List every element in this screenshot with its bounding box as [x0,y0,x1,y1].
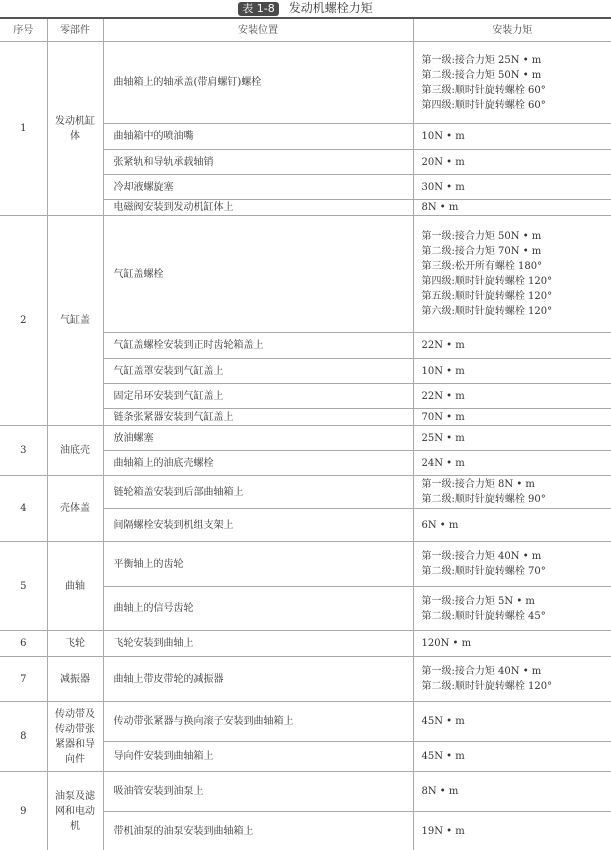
header-position: 安装位置 [103,18,413,42]
install-torque: 70N • m [413,409,611,426]
torque-line: 24N • m [422,456,604,471]
install-torque: 45N • m [413,702,611,742]
install-torque: 6N • m [413,509,611,542]
table-row: 2气缸盖气缸盖螺栓第一级:接合力矩 50N • m第二级:接合力矩 70N • … [0,216,611,333]
install-torque: 45N • m [413,742,611,772]
install-torque: 第一级:接合力矩 25N • m第二级:接合力矩 50N • m第三级:顺时针旋… [413,42,611,124]
part-name: 飞轮 [47,631,103,657]
table-number-badge: 表 1-8 [238,2,278,16]
install-position: 冷却液螺旋塞 [103,175,413,200]
torque-line: 第四级:顺时针旋转螺栓 120° [422,274,604,289]
table-title: 发动机螺栓力矩 [289,1,373,15]
install-torque: 22N • m [413,333,611,359]
table-row: 5曲轴平衡轴上的齿轮第一级:接合力矩 40N • m第二级:顺时针旋转螺栓 70… [0,542,611,587]
install-position: 曲轴上带皮带轮的减振器 [103,657,413,702]
part-name: 气缸盖 [47,216,103,426]
install-position: 链条张紧器安装到气缸盖上 [103,409,413,426]
install-torque: 第一级:接合力矩 50N • m第二级:接合力矩 70N • m第三级:松开所有… [413,216,611,333]
install-torque: 8N • m [413,200,611,216]
header-row: 序号 零部件 安装位置 安装力矩 [0,18,611,42]
install-position: 气缸盖螺栓安装到正时齿轮箱盖上 [103,333,413,359]
torque-line: 第二级:顺时针旋转螺栓 70° [422,564,604,579]
row-number: 5 [0,542,47,631]
install-position: 放油螺塞 [103,426,413,451]
install-torque: 8N • m [413,772,611,812]
part-name: 油底壳 [47,426,103,476]
part-name: 传动带及传动带张紧器和导向件 [47,702,103,772]
install-position: 曲轴箱中的喷油嘴 [103,124,413,150]
torque-line: 70N • m [422,410,604,425]
install-torque: 20N • m [413,150,611,175]
install-position: 曲轴箱上的油底壳螺栓 [103,451,413,476]
torque-line: 22N • m [422,338,604,353]
torque-line: 8N • m [422,200,604,215]
torque-line: 10N • m [422,364,604,379]
table-row: 3油底壳放油螺塞25N • m [0,426,611,451]
install-position: 飞轮安装到曲轴上 [103,631,413,657]
torque-line: 第一级:接合力矩 40N • m [422,549,604,564]
torque-line: 30N • m [422,180,604,195]
torque-line: 22N • m [422,389,604,404]
header-torque: 安装力矩 [413,18,611,42]
torque-line: 8N • m [422,784,604,799]
part-name: 油泵及滤网和电动机 [47,772,103,850]
install-position: 平衡轴上的齿轮 [103,542,413,587]
table-row: 7减振器曲轴上带皮带轮的减振器第一级:接合力矩 40N • m第二级:顺时针旋转… [0,657,611,702]
install-position: 链轮箱盖安装到后部曲轴箱上 [103,476,413,509]
install-position: 间隔螺栓安装到机组支架上 [103,509,413,542]
torque-line: 10N • m [422,129,604,144]
install-torque: 10N • m [413,359,611,384]
torque-line: 20N • m [422,155,604,170]
row-number: 7 [0,657,47,702]
install-position: 固定吊环安装到气缸盖上 [103,384,413,409]
table-row: 9油泵及滤网和电动机吸油管安装到油泵上8N • m [0,772,611,812]
install-position: 气缸盖罩安装到气缸盖上 [103,359,413,384]
torque-line: 25N • m [422,431,604,446]
torque-line: 第一级:接合力矩 8N • m [422,477,604,492]
torque-line: 第二级:接合力矩 70N • m [422,244,604,259]
bolt-torque-table: 序号 零部件 安装位置 安装力矩 1发动机缸体曲轴箱上的轴承盖(带肩螺钉)螺栓第… [0,17,611,850]
torque-line: 第二级:顺时针旋转螺栓 120° [422,679,604,694]
torque-line: 第一级:接合力矩 5N • m [422,594,604,609]
install-torque: 第一级:接合力矩 5N • m第二级:顺时针旋转螺栓 45° [413,587,611,631]
header-part: 零部件 [47,18,103,42]
install-torque: 22N • m [413,384,611,409]
install-position: 导向件安装到曲轴箱上 [103,742,413,772]
row-number: 2 [0,216,47,426]
torque-line: 第二级:接合力矩 50N • m [422,68,604,83]
torque-line: 第一级:接合力矩 40N • m [422,664,604,679]
install-torque: 19N • m [413,812,611,850]
install-torque: 24N • m [413,451,611,476]
install-position: 传动带张紧器与换向滚子安装到曲轴箱上 [103,702,413,742]
install-torque: 30N • m [413,175,611,200]
row-number: 6 [0,631,47,657]
torque-line: 第一级:接合力矩 50N • m [422,229,604,244]
install-position: 气缸盖螺栓 [103,216,413,333]
torque-line: 120N • m [422,636,604,651]
install-torque: 120N • m [413,631,611,657]
install-position: 吸油管安装到油泵上 [103,772,413,812]
table-row: 8传动带及传动带张紧器和导向件传动带张紧器与换向滚子安装到曲轴箱上45N • m [0,702,611,742]
table-row: 4壳体盖链轮箱盖安装到后部曲轴箱上第一级:接合力矩 8N • m第二级:顺时针旋… [0,476,611,509]
header-no: 序号 [0,18,47,42]
install-position: 带机油泵的油泵安装到曲轴箱上 [103,812,413,850]
row-number: 8 [0,702,47,772]
torque-line: 19N • m [422,824,604,839]
torque-line: 第二级:顺时针旋转螺栓 90° [422,492,604,507]
row-number: 9 [0,772,47,850]
torque-line: 45N • m [422,749,604,764]
torque-line: 45N • m [422,714,604,729]
torque-line: 第一级:接合力矩 25N • m [422,53,604,68]
part-name: 减振器 [47,657,103,702]
install-torque: 25N • m [413,426,611,451]
install-torque: 第一级:接合力矩 40N • m第二级:顺时针旋转螺栓 70° [413,542,611,587]
install-torque: 第一级:接合力矩 8N • m第二级:顺时针旋转螺栓 90° [413,476,611,509]
part-name: 发动机缸体 [47,42,103,216]
install-torque: 10N • m [413,124,611,150]
row-number: 1 [0,42,47,216]
part-name: 曲轴 [47,542,103,631]
install-torque: 第一级:接合力矩 40N • m第二级:顺时针旋转螺栓 120° [413,657,611,702]
install-position: 张紧轨和导轨承载轴销 [103,150,413,175]
install-position: 曲轴箱上的轴承盖(带肩螺钉)螺栓 [103,42,413,124]
torque-line: 第六级:顺时针旋转螺栓 120° [422,304,604,319]
torque-line: 第二级:顺时针旋转螺栓 45° [422,609,604,624]
install-position: 电磁阀安装到发动机缸体上 [103,200,413,216]
table-row: 6飞轮飞轮安装到曲轴上120N • m [0,631,611,657]
row-number: 3 [0,426,47,476]
table-caption: 表 1-8发动机螺栓力矩 [0,0,611,17]
table-row: 1发动机缸体曲轴箱上的轴承盖(带肩螺钉)螺栓第一级:接合力矩 25N • m第二… [0,42,611,124]
torque-line: 第三级:松开所有螺栓 180° [422,259,604,274]
torque-line: 第三级:顺时针旋转螺栓 60° [422,83,604,98]
torque-line: 第五级:顺时针旋转螺栓 120° [422,289,604,304]
install-position: 曲轴上的信号齿轮 [103,587,413,631]
part-name: 壳体盖 [47,476,103,542]
torque-line: 6N • m [422,518,604,533]
row-number: 4 [0,476,47,542]
torque-line: 第四级:顺时针旋转螺栓 60° [422,98,604,113]
